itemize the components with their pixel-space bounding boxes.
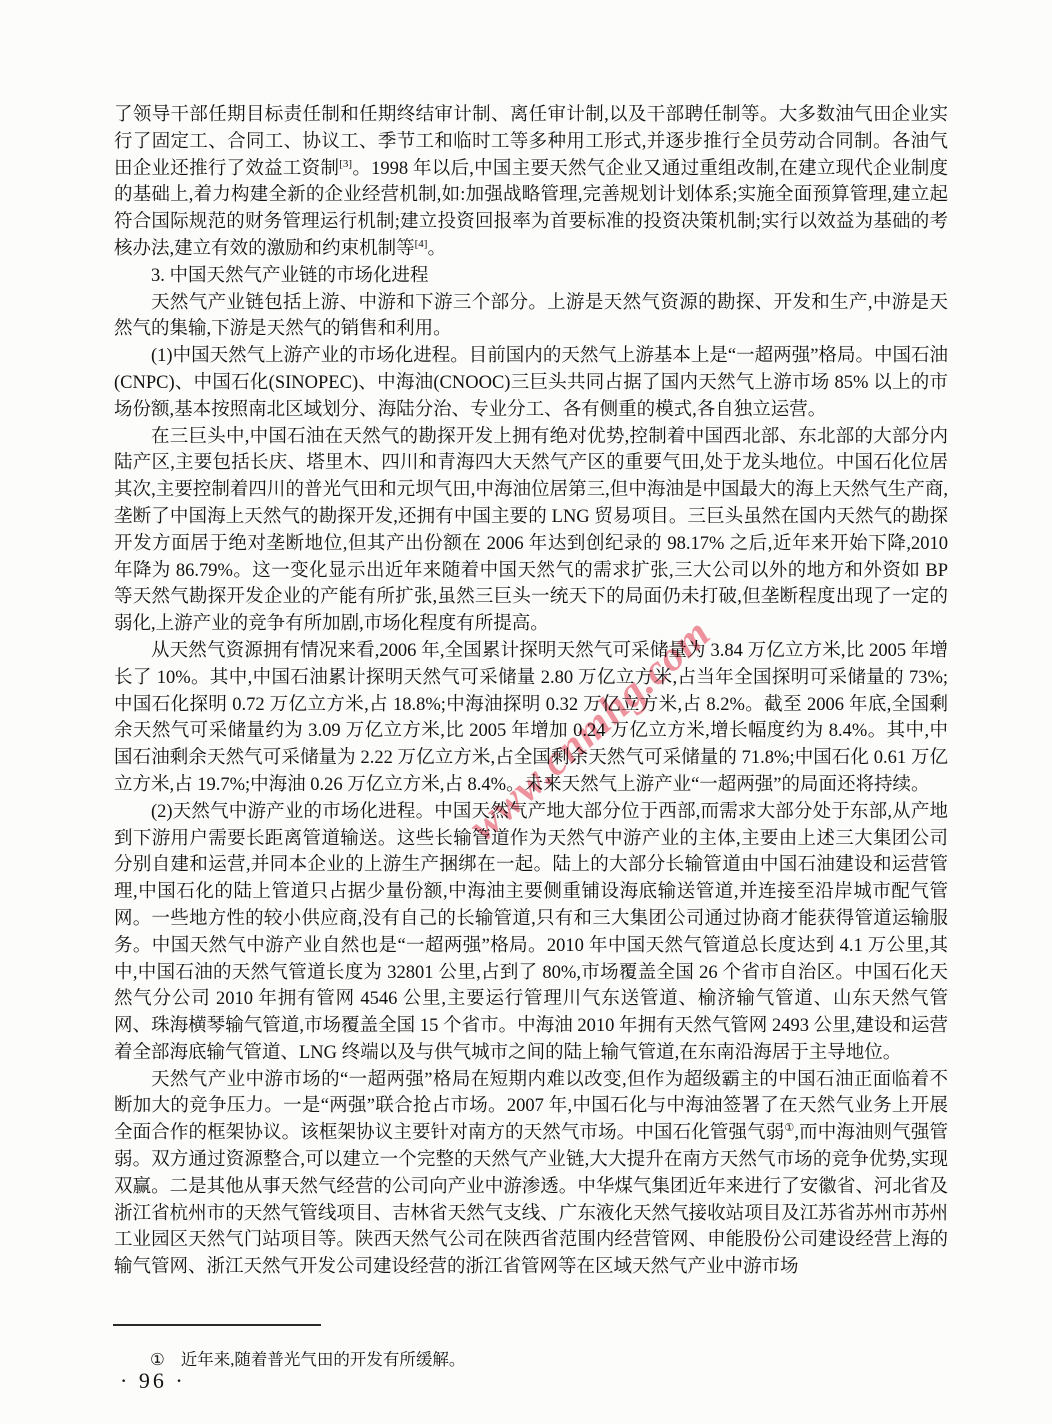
footnote-text: 近年来,随着普光气田的开发有所缓解。 [181, 1350, 466, 1369]
paragraph-upstream-marketization: (1)中国天然气上游产业的市场化进程。目前国内的天然气上游基本上是“一超两强”格… [114, 343, 948, 423]
paragraph-three-giants: 在三巨头中,中国石油在天然气的勘探开发上拥有绝对优势,控制着中国西北部、东北部的… [114, 424, 948, 638]
paragraph-midstream-marketization: (2)天然气中游产业的市场化进程。中国天然气产地大部分位于西部,而需求大部分处于… [114, 799, 948, 1067]
paragraph-midstream-competition: 天然气产业中游市场的“一超两强”格局在短期内难以改变,但作为超级霸主的中国石油正… [114, 1067, 948, 1281]
footnote: ①近年来,随着普光气田的开发有所缓解。 [114, 1349, 948, 1371]
page-number: · 96 · [120, 1368, 186, 1394]
page-body: 了领导干部任期目标责任制和任期终结审计制、离任审计制,以及干部聘任制等。大多数油… [114, 102, 948, 1281]
footnote-ref-3: [3] [339, 157, 352, 169]
paragraph-continuation: 了领导干部任期目标责任制和任期终结审计制、离任审计制,以及干部聘任制等。大多数油… [114, 102, 948, 263]
paragraph-industry-chain: 天然气产业链包括上游、中游和下游三个部分。上游是天然气资源的勘探、开发和生产,中… [114, 290, 948, 344]
paragraph-gas-reserves: 从天然气资源拥有情况来看,2006 年,全国累计探明天然气可采储量为 3.84 … [114, 638, 948, 799]
footnote-ref-4: [4] [415, 238, 428, 250]
footnote-divider [113, 1324, 321, 1326]
footnote-ref-circle1: ① [784, 1122, 794, 1134]
section-heading: 3. 中国天然气产业链的市场化进程 [114, 263, 948, 290]
paragraph-text: 。 [427, 239, 446, 259]
scanned-document-page: www.cnmhg.com 了领导干部任期目标责任制和任期终结审计制、离任审计制… [0, 0, 1052, 1424]
paragraph-text: ,而中海油则气强管弱。双方通过资源整合,可以建立一个完整的天然气产业链,大大提升… [114, 1123, 948, 1277]
